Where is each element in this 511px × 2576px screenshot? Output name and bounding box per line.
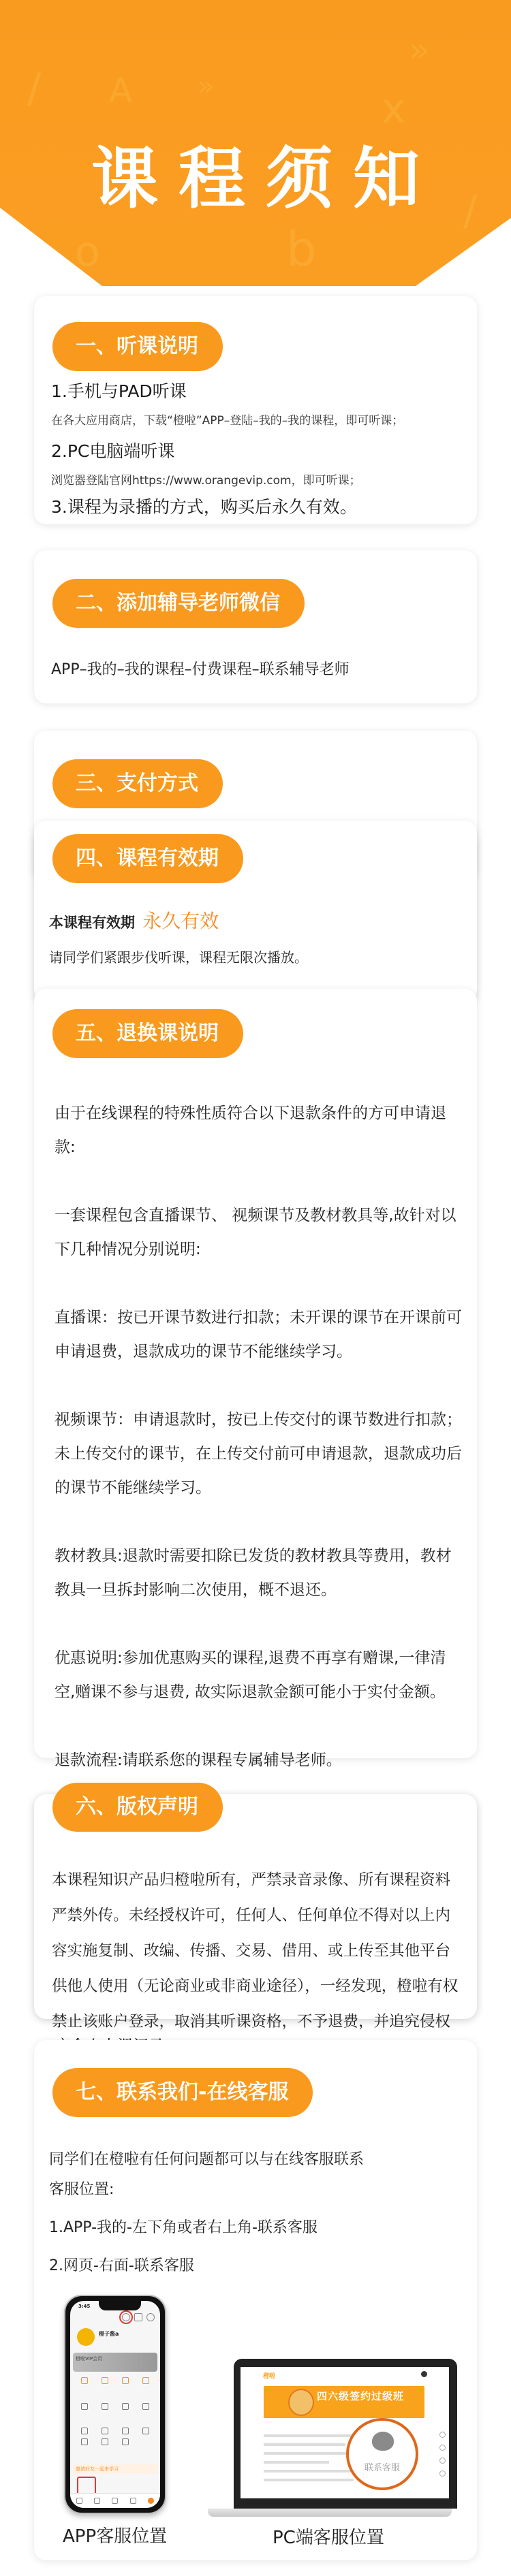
vip-banner: 橙啦VIP会员 (73, 2353, 157, 2372)
scan-icon (134, 2313, 142, 2321)
site-logo: 橙啦 (263, 2371, 275, 2380)
app-caption: APP客服位置 (63, 2522, 167, 2547)
user-icon (421, 2371, 427, 2377)
weibo-icon (439, 2458, 446, 2464)
phone-screen: 3:45 橙子酱a 橙啦VIP会员 (70, 2301, 160, 2508)
section-badge: 一、听课说明 (52, 322, 223, 371)
item-heading: 3.课程为录播的方式，购买后永久有效。 (51, 494, 357, 518)
back-to-top-icon (439, 2470, 446, 2477)
svg-text:»: » (198, 71, 214, 102)
headset-icon (439, 2432, 446, 2438)
phone-tabbar (70, 2493, 160, 2508)
phone-mockup: 3:45 橙子酱a 橙啦VIP会员 (64, 2295, 166, 2514)
laptop-screen: 橙啦 四六级签约过级班 联系客服 (241, 2367, 449, 2498)
section-badge: 五、退换课说明 (52, 1009, 243, 1058)
validity-label: 本课程有效期 (49, 915, 135, 931)
section-card-refund: 五、退换课说明 由于在线课程的特殊性质符合以下退款条件的方可申请退款: 一套课程… (34, 989, 477, 1758)
section-badge: 七、联系我们-在线客服 (52, 2068, 313, 2117)
refund-paragraph: 退款流程:请联系您的课程专属辅导老师。 (55, 1743, 463, 1777)
phone-notch (99, 2301, 141, 2310)
section-badge: 二、添加辅导老师微信 (52, 579, 305, 628)
invite-banner: 邀请好友一起来学习 (73, 2464, 157, 2474)
validity-highlight: 永久有效 (142, 910, 219, 932)
contact-line: 同学们在橙啦有任何问题都可以与在线客服联系 (49, 2145, 364, 2175)
profile-icon (148, 2498, 154, 2504)
svg-text:o: o (75, 228, 100, 276)
mascot-icon (288, 2389, 314, 2416)
phone-grid-row (74, 2403, 156, 2410)
section-badge: 六、版权声明 (52, 1783, 223, 1832)
refund-paragraph: 一套课程包含直播课节、 视频课节及教材教具等,故针对以下几种情况分别说明: (55, 1198, 463, 1267)
section-card-wechat: 二、添加辅导老师微信 APP–我的–我的课程–付费课程–联系辅导老师 (34, 550, 477, 703)
phone-time: 3:45 (78, 2304, 90, 2309)
laptop-mockup: 橙啦 四六级签约过级班 联系客服 (208, 2359, 452, 2510)
study-icon (94, 2498, 100, 2504)
svg-text:x: x (382, 85, 406, 133)
refund-paragraph: 优惠说明:参加优惠购买的课程,退费不再享有赠课,一律清空,赠课不参与退费, 故实… (55, 1641, 463, 1709)
promo-banner: 四六级签约过级班 (264, 2386, 424, 2418)
item-detail: 浏览器登陆官网https://www.orangevip.com，即可听课； (51, 471, 361, 488)
headset-icon (122, 2313, 130, 2321)
discover-icon (130, 2498, 136, 2504)
svg-text:b: b (286, 221, 316, 277)
side-toolbar (439, 2432, 448, 2477)
pc-caption: PC端客服位置 (273, 2524, 384, 2549)
validity-row: 本课程有效期 永久有效 (49, 906, 219, 934)
header-banner: / A » » x o b / c 课程须知 (0, 0, 511, 286)
refund-paragraph: 直播课：按已开课节数进行扣款；未开课的课节在开课前可申请退费，退款成功的课节不能… (55, 1301, 463, 1369)
gear-icon (146, 2313, 155, 2321)
phone-top-icons (122, 2313, 155, 2321)
customer-service-illustrations: 3:45 橙子酱a 橙啦VIP会员 (34, 2272, 477, 2558)
refund-paragraph: 由于在线课程的特殊性质符合以下退款条件的方可申请退款: (55, 1096, 463, 1164)
robot-headset-icon (372, 2432, 394, 2451)
contact-line: 1.APP-我的-左下角或者右上角-联系客服 (49, 2213, 318, 2243)
section-text: 请同学们紧跟步伐听课，课程无限次播放。 (49, 947, 308, 966)
section-card-validity: 四、课程有效期 本课程有效期 永久有效 请同学们紧跟步伐听课，课程无限次播放。 (34, 821, 477, 1001)
item-heading: 1.手机与PAD听课 (51, 378, 187, 402)
refund-paragraph: 教材教具:退款时需要扣除已发货的教材教具等费用，教材教具一旦拆封影响二次使用，概… (55, 1539, 463, 1607)
svg-text:»: » (409, 30, 430, 69)
item-detail: 在各大应用商店，下载“橙啦”APP–登陆–我的–我的课程，即可听课； (51, 411, 403, 428)
page-title: 课程须知 (0, 135, 511, 223)
callout-text: 联系客服 (349, 2460, 416, 2473)
refund-paragraph: 视频课节：申请退款时，按已上传交付的课节数进行扣款；未上传交付的课节，在上传交付… (55, 1403, 463, 1505)
section-badge: 三、支付方式 (52, 759, 223, 808)
phone-grid-row (74, 2377, 156, 2384)
banner-text: 四六级签约过级班 (317, 2389, 404, 2403)
svg-text:/: / (27, 65, 42, 112)
item-heading: 2.PC电脑端听课 (51, 438, 174, 462)
phone-grid-row (74, 2428, 156, 2445)
phone-username: 橙子酱a (99, 2330, 119, 2338)
laptop-lid: 橙啦 四六级签约过级班 联系客服 (234, 2359, 457, 2509)
notes-icon (112, 2498, 118, 2504)
section-card-contact: 七、联系我们-在线客服 同学们在橙啦有任何问题都可以与在线客服联系 客服位置: … (34, 2040, 477, 2560)
laptop-base (208, 2509, 452, 2517)
svg-text:A: A (109, 71, 132, 110)
wechat-icon (439, 2445, 446, 2451)
home-icon (76, 2498, 82, 2504)
avatar (77, 2328, 95, 2346)
section-card-listening: 一、听课说明 1.手机与PAD听课 在各大应用商店，下载“橙啦”APP–登陆–我… (34, 296, 477, 524)
section-text: APP–我的–我的课程–付费课程–联系辅导老师 (51, 658, 350, 679)
contact-line: 客服位置: (49, 2175, 114, 2205)
contact-callout: 联系客服 (346, 2418, 418, 2490)
section-badge: 四、课程有效期 (52, 834, 243, 883)
